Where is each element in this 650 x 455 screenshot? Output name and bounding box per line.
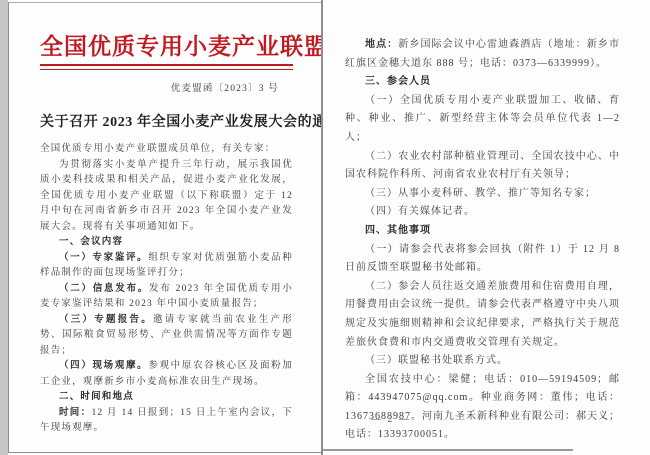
notice-page-2: 地点：新乡国际会议中心雷迪森酒店（地址：新乡市红旗区金穗大道东 888 号；电话…	[323, 0, 650, 455]
section-heading-2: 二、时间和地点	[40, 390, 293, 406]
attendee-item-1: （一）全国优质专用小麦产业联盟加工、收储、育种、种业、推广、新型经营主体等会员单…	[345, 92, 620, 148]
location-label: 地点：	[365, 39, 398, 50]
attendee-item-3: （三）从事小麦科研、教学、推广等知名专家；	[345, 185, 620, 204]
attendee-item-2: （二）农业农村部种植业管理司、全国农技中心、中国农科院作科所、河南省农业农村厅有…	[345, 148, 620, 185]
salutation-line: 全国优质专用小麦产业联盟成员单位，有关专家：	[40, 142, 293, 158]
agenda-item-3: （三）专题报告。邀请专家就当前农业生产形势、国际粮食贸易形势、产业供需情况等方面…	[40, 313, 293, 360]
agenda-item-2-lead: （二）信息发布。	[59, 284, 149, 294]
other-item-2: （二）参会人员往返交通差旅费用和住宿费用自理，用餐费用由会议统一提供。请参会代表…	[345, 278, 620, 352]
contacts-paragraph: 全国农技中心：梁健；电话：010—59194509；邮箱：443947075@q…	[345, 371, 620, 445]
scan-backdrop-strip	[0, 0, 8, 455]
page-1-body: 全国优质专用小麦产业联盟成员单位，有关专家： 为贯彻落实小麦单产提升三年行动，展…	[40, 142, 293, 437]
other-item-3: （三）联盟秘书处联系方式。	[345, 352, 620, 371]
page-2-body: 地点：新乡国际会议中心雷迪森酒店（地址：新乡市红旗区金穗大道东 888 号；电话…	[345, 36, 620, 445]
agenda-item-1: （一）专家鉴评。组织专家对优质强筋小麦品种样品制作的面包现场鉴评打分；	[40, 251, 293, 282]
time-line: 时间：12 月 14 日报到；15 日上午室内会议，下午现场观摩。	[40, 406, 293, 437]
agenda-item-1-lead: （一）专家鉴评。	[59, 253, 148, 263]
page-number: — 2 —	[371, 414, 411, 425]
notice-title: 关于召开 2023 年全国小麦产业发展大会的通知	[40, 111, 293, 131]
scan-bottom-edge-line	[323, 449, 573, 451]
section-heading-1: 一、会议内容	[40, 235, 293, 251]
location-line: 地点：新乡国际会议中心雷迪森酒店（地址：新乡市红旗区金穗大道东 888 号；电话…	[345, 36, 620, 73]
attendee-item-4: （四）有关媒体记者。	[345, 203, 620, 222]
agenda-item-3-lead: （三）专题报告。	[59, 315, 153, 325]
section-heading-3: 三、参会人员	[345, 73, 620, 92]
other-item-1: （一）请参会代表将参会回执（附件 1）于 12 月 8 日前反馈至联盟秘书处邮箱…	[345, 241, 620, 278]
time-label: 时间：	[59, 408, 91, 418]
agenda-item-2: （二）信息发布。发布 2023 年全国优质专用小麦专家鉴评结果和 2023 年中…	[40, 282, 293, 313]
notice-page-1: 全国优质专用小麦产业联盟 优麦盟函〔2023〕3 号 关于召开 2023 年全国…	[8, 2, 321, 453]
section-heading-4: 四、其他事项	[345, 222, 620, 241]
agenda-item-4-lead: （四）现场观摩。	[59, 361, 148, 371]
agenda-item-4: （四）现场观摩。参观中原农谷核心区及面粉加工企业，观摩新乡市小麦高标准农田生产现…	[40, 359, 293, 390]
intro-paragraph: 为贯彻落实小麦单产提升三年行动，展示我国优质小麦科技成果和相关产品，促进小麦产业…	[40, 158, 293, 236]
letterhead-double-rule	[40, 64, 293, 70]
document-number: 优麦盟函〔2023〕3 号	[40, 80, 293, 94]
org-letterhead-title: 全国优质专用小麦产业联盟	[40, 33, 293, 60]
scanned-notice-document: 全国优质专用小麦产业联盟 优麦盟函〔2023〕3 号 关于召开 2023 年全国…	[0, 0, 650, 455]
